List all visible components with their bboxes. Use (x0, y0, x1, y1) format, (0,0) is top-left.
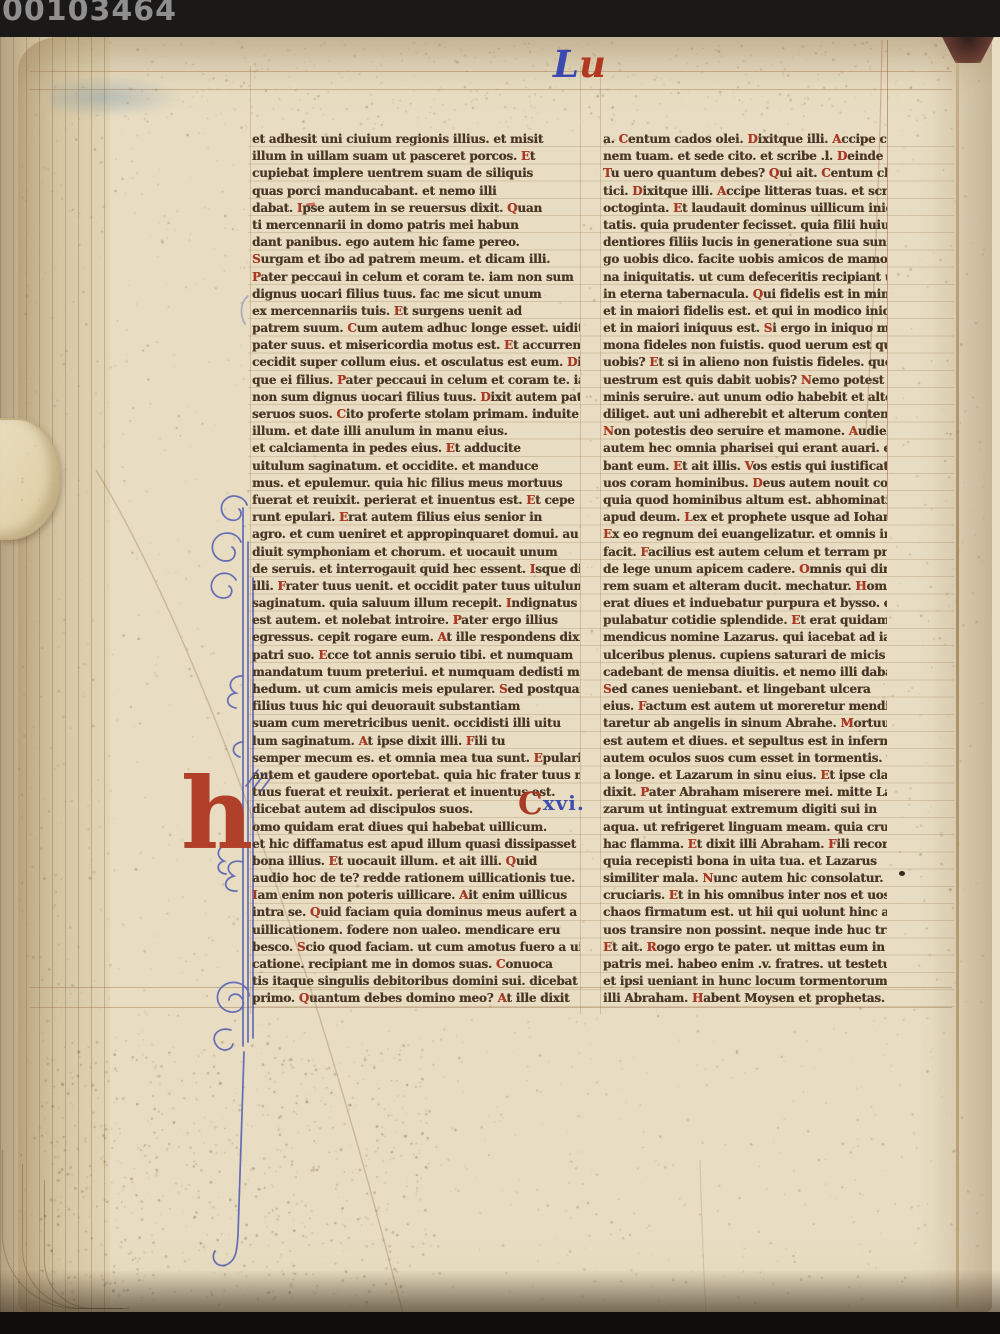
manuscript-line: tis itaque singulis debitoribus domini s… (252, 973, 580, 990)
manuscript-line: et in maiori fidelis est. et qui in modi… (603, 303, 887, 320)
manuscript-line: cadebant de mensa diuitis. et nemo illi … (603, 664, 887, 681)
manuscript-line: catione. recipiant me in domos suas. Con… (252, 956, 580, 973)
manuscript-line: a longe. et Lazarum in sinu eius. Et ips… (603, 767, 887, 784)
manuscript-line: erat diues et induebatur purpura et byss… (603, 595, 887, 612)
manuscript-line: rem suam et alteram ducit. mechatur. Hom… (603, 578, 887, 595)
manuscript-line: in eterna tabernacula. Qui fidelis est i… (603, 286, 887, 303)
manuscript-line: uobis? Et si in alieno non fuistis fidel… (603, 354, 887, 371)
manuscript-line: filius tuus hic qui deuorauit substantia… (252, 698, 580, 715)
running-header: Lu (553, 46, 606, 83)
manuscript-line: a. Centum cados olei. Dixitque illi. Acc… (603, 131, 887, 148)
manuscript-line: est autem. et nolebat introire. Pater er… (252, 612, 580, 629)
manuscript-line: illi. Frater tuus uenit. et occidit pate… (252, 578, 580, 595)
manuscript-line: mona fideles non fuistis. quod uerum est… (603, 337, 887, 354)
manuscript-line: apud deum. Lex et prophete usque ad Ioha… (603, 509, 887, 526)
manuscript-line: mendicus nomine Lazarus. qui iacebat ad … (603, 629, 887, 646)
manuscript-line: semper mecum es. et omnia mea tua sunt. … (252, 750, 580, 767)
manuscript-line: non sum dignus uocari filius tuus. Dixit… (252, 389, 580, 406)
manuscript-line: audio hoc de te? redde rationem uillicat… (252, 870, 580, 887)
manuscript-line: illum in uillam suam ut pasceret porcos.… (252, 148, 580, 165)
manuscript-line: pater suus. et misericordia motus est. E… (252, 337, 580, 354)
manuscript-line: ex mercennariis tuis. Et surgens uenit a… (252, 303, 580, 320)
manuscript-line: eius. Factum est autem ut moreretur mend… (603, 698, 887, 715)
manuscript-line: autem et gaudere oportebat. quia hic fra… (252, 767, 580, 784)
manuscript-line: Sed canes ueniebant. et lingebant ulcera (603, 681, 887, 698)
manuscript-line: facit. Facilius est autem celum et terra… (603, 544, 887, 561)
manuscript-line: est autem et diues. et sepultus est in i… (603, 733, 887, 750)
manuscript-line: zarum ut intinguat extremum digiti sui i… (603, 801, 887, 818)
manuscript-line: Pater peccaui in celum et coram te. iam … (252, 269, 580, 286)
manuscript-line: illum. et date illi anulum in manu eius. (252, 423, 580, 440)
manuscript-line: cupiebat implere uentrem suam de siliqui… (252, 165, 580, 182)
dark-speck (899, 871, 905, 876)
manuscript-line: illi Abraham. Habent Moysen et prophetas… (603, 990, 887, 1007)
manuscript-line: ulceribus plenus. cupiens saturari de mi… (603, 647, 887, 664)
manuscript-line: uestrum est quis dabit uobis? Nemo potes… (603, 372, 887, 389)
manuscript-line: nem tuam. et sede cito. et scribe .l. De… (603, 148, 887, 165)
blue-showthrough-smudge (50, 76, 185, 118)
manuscript-line: hedum. ut cum amicis meis epularer. Sed … (252, 681, 580, 698)
manuscript-line: cruciaris. Et in his omnibus inter nos e… (603, 887, 887, 904)
manuscript-line: minis seruire. aut unum odio habebit et … (603, 389, 887, 406)
manuscript-line: ti mercennarii in domo patris mei habun (252, 217, 580, 234)
manuscript-line: dignus uocari filius tuus. fac me sicut … (252, 286, 580, 303)
manuscript-line: et in maiori iniquus est. Si ergo in ini… (603, 320, 887, 337)
page-fold-line (956, 40, 959, 1308)
top-ruling-line-2 (30, 89, 952, 90)
manuscript-line: runt epulari. Erat autem filius eius sen… (252, 509, 580, 526)
manuscript-line: go uobis dico. facite uobis amicos de ma… (603, 251, 887, 268)
manuscript-line: uitulum saginatum. et occidite. et mandu… (252, 458, 580, 475)
manuscript-line: Surgam et ibo ad patrem meum. et dicam i… (252, 251, 580, 268)
manuscript-line: Tu uero quantum debes? Qui ait. Centum c… (603, 165, 887, 182)
manuscript-line: dabat. Ipse autem in se reuersus dixit. … (252, 200, 580, 217)
photo-top-bar: 00103464 (0, 0, 1000, 37)
manuscript-line: octoginta. Et laudauit dominus uillicum … (603, 200, 887, 217)
manuscript-line: diuit symphoniam et chorum. et uocauit u… (252, 544, 580, 561)
manuscript-line: et adhesit uni ciuium regionis illius. e… (252, 131, 580, 148)
manuscript-line: diliget. aut uni adherebit et alterum co… (603, 406, 887, 423)
bottom-edge-shadow (0, 1270, 1000, 1312)
text-column-right: a. Centum cados olei. Dixitque illi. Acc… (603, 131, 887, 1008)
manuscript-line: suam cum meretricibus uenit. occidisti i… (252, 715, 580, 732)
running-header-letter-l: L (553, 42, 579, 86)
manuscript-line: quas porci manducabant. et nemo illi (252, 183, 580, 200)
manuscript-line: Non potestis deo seruire et mamone. Audi… (603, 423, 887, 440)
manuscript-line: tici. Dixitque illi. Accipe litteras tua… (603, 183, 887, 200)
drop-initial-h: h (181, 766, 252, 864)
manuscript-line: mandatum tuum preteriui. et numquam dedi… (252, 664, 580, 681)
manuscript-line: lum saginatum. At ipse dixit illi. Fili … (252, 733, 580, 750)
manuscript-line: quia recepisti bona in uita tua. et Laza… (603, 853, 887, 870)
manuscript-line: uos transire non possint. neque inde huc… (603, 922, 887, 939)
manuscript-line: de seruis. et interrogauit quid hec esse… (252, 561, 580, 578)
manuscript-line: fuerat et reuixit. perierat et inuentus … (252, 492, 580, 509)
manuscript-line: cecidit super collum eius. et osculatus … (252, 354, 580, 371)
manuscript-line: pulabatur cotidie splendide. Et erat qui… (603, 612, 887, 629)
manuscript-line: Et ait. Rogo ergo te pater. ut mittas eu… (603, 939, 887, 956)
manuscript-line: que ei filius. Pater peccaui in celum et… (252, 372, 580, 389)
manuscript-line: et ipsi ueniant in hunc locum tormentoru… (603, 973, 887, 990)
manuscript-line: aqua. ut refrigeret linguam meam. quia c… (603, 819, 887, 836)
manuscript-line: primo. Quantum debes domino meo? At ille… (252, 990, 580, 1007)
manuscript-line: et calciamenta in pedes eius. Et adducit… (252, 440, 580, 457)
manuscript-line: de lege unum apicem cadere. Omnis qui di… (603, 561, 887, 578)
chapter-marker-numeral: xvi. (543, 791, 585, 815)
manuscript-line: Ex eo regnum dei euangelizatur. et omnis… (603, 526, 887, 543)
manuscript-line: et hic diffamatus est apud illum quasi d… (252, 836, 580, 853)
manuscript-line: dixit. Pater Abraham miserere mei. mitte… (603, 784, 887, 801)
manuscript-line: chaos firmatum est. ut hii qui uolunt hi… (603, 904, 887, 921)
manuscript-line: autem hec omnia pharisei qui erant auari… (603, 440, 887, 457)
manuscript-line: uos coram hominibus. Deus autem nouit co… (603, 475, 887, 492)
manuscript-line: similiter mala. Nunc autem hic consolatu… (603, 870, 887, 887)
manuscript-line: seruos suos. Cito proferte stolam primam… (252, 406, 580, 423)
manuscript-line: egressus. cepit rogare eum. At ille resp… (252, 629, 580, 646)
text-column-left: et adhesit uni ciuium regionis illius. e… (252, 131, 580, 1008)
manuscript-line: saginatum. quia saluum illum recepit. In… (252, 595, 580, 612)
manuscript-line: hac flamma. Et dixit illi Abraham. Fili … (603, 836, 887, 853)
manuscript-line: patrem suum. Cum autem adhuc longe esset… (252, 320, 580, 337)
manuscript-line: dant panibus. ego autem hic fame pereo. (252, 234, 580, 251)
photo-id-label: 00103464 (2, 0, 177, 28)
manuscript-line: na iniquitatis. ut cum defeceritis recip… (603, 269, 887, 286)
running-header-letter-u: u (579, 42, 606, 86)
manuscript-line: patris mei. habeo enim .v. fratres. ut t… (603, 956, 887, 973)
manuscript-line: patri suo. Ecce tot annis seruio tibi. e… (252, 647, 580, 664)
manuscript-line: dentiores filiis lucis in generatione su… (603, 234, 887, 251)
chapter-marker-initial: C (518, 786, 543, 822)
manuscript-line: agro. et cum ueniret et appropinquaret d… (252, 526, 580, 543)
manuscript-line: besco. Scio quod faciam. ut cum amotus f… (252, 939, 580, 956)
manuscript-line: tatis. quia prudenter fecisset. quia fil… (603, 217, 887, 234)
photo-bottom-bar (0, 1312, 1000, 1334)
chapter-marker: Cxvi. (518, 789, 585, 820)
top-ruling-line-1 (30, 71, 952, 72)
manuscript-line: quia quod hominibus altum est. abhominat… (603, 492, 887, 509)
manuscript-line: autem oculos suos cum esset in tormentis… (603, 750, 887, 767)
manuscript-line: bona illius. Et uocauit illum. et ait il… (252, 853, 580, 870)
manuscript-line: Iam enim non poteris uillicare. Ait enim… (252, 887, 580, 904)
manuscript-line: intra se. Quid faciam quia dominus meus … (252, 904, 580, 921)
manuscript-photo: Lu Cxvi. h et adhesit uni ciuium regioni… (0, 0, 1000, 1334)
manuscript-line: taretur ab angelis in sinum Abrahe. Mort… (603, 715, 887, 732)
manuscript-line: bant eum. Et ait illis. Vos estis qui iu… (603, 458, 887, 475)
manuscript-line: mus. et epulemur. quia hic filius meus m… (252, 475, 580, 492)
manuscript-line: uillicationem. fodere non ualeo. mendica… (252, 922, 580, 939)
